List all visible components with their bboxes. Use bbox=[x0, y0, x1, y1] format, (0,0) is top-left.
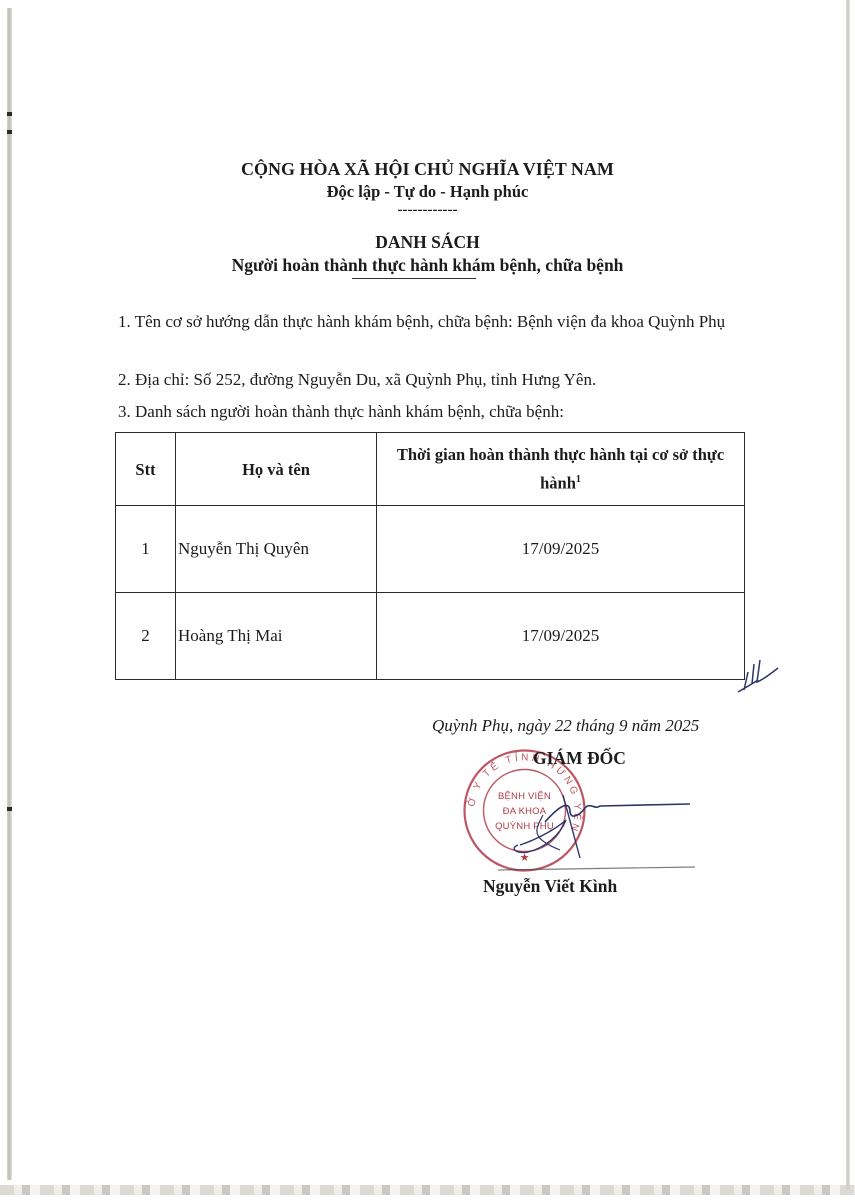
scan-mark bbox=[7, 112, 12, 116]
national-title: CỘNG HÒA XÃ HỘI CHỦ NGHĨA VIỆT NAM bbox=[0, 159, 855, 180]
cell-name: Nguyễn Thị Quyên bbox=[176, 506, 377, 593]
cell-date: 17/09/2025 bbox=[377, 506, 745, 593]
subtitle-underline bbox=[352, 278, 476, 279]
signer-name: Nguyễn Viết Kình bbox=[483, 876, 617, 897]
national-motto: Độc lập - Tự do - Hạnh phúc bbox=[0, 182, 855, 202]
completion-table: Stt Họ và tên Thời gian hoàn thành thực … bbox=[115, 432, 745, 680]
table-row: 1 Nguyễn Thị Quyên 17/09/2025 bbox=[116, 506, 745, 593]
stamp-line-1: BỆNH VIỆN bbox=[462, 791, 587, 802]
footnote-marker: 1 bbox=[576, 474, 581, 485]
place-and-date: Quỳnh Phụ, ngày 22 tháng 9 năm 2025 bbox=[432, 716, 699, 736]
item-facility-name: 1. Tên cơ sở hướng dẫn thực hành khám bệ… bbox=[118, 309, 738, 335]
table-row: 2 Hoàng Thị Mai 17/09/2025 bbox=[116, 593, 745, 680]
header-separator: ------------ bbox=[0, 202, 855, 219]
item-address: 2. Địa chỉ: Số 252, đường Nguyễn Du, xã … bbox=[118, 367, 738, 393]
cell-name: Hoàng Thị Mai bbox=[176, 593, 377, 680]
star-icon: ★ bbox=[520, 852, 530, 864]
scan-edge-bottom bbox=[0, 1185, 855, 1195]
cell-stt: 1 bbox=[116, 506, 176, 593]
cell-stt: 2 bbox=[116, 593, 176, 680]
header-completion-time: Thời gian hoàn thành thực hành tại cơ sở… bbox=[377, 433, 745, 506]
cell-date: 17/09/2025 bbox=[377, 593, 745, 680]
table-header-row: Stt Họ và tên Thời gian hoàn thành thực … bbox=[116, 433, 745, 506]
scan-mark bbox=[7, 130, 12, 134]
header-name: Họ và tên bbox=[176, 433, 377, 506]
document-subtitle: Người hoàn thành thực hành khám bệnh, ch… bbox=[0, 255, 855, 276]
document-title: DANH SÁCH bbox=[0, 232, 855, 253]
header-completion-time-text: Thời gian hoàn thành thực hành tại cơ sở… bbox=[397, 445, 724, 493]
item-list-intro: 3. Danh sách người hoàn thành thực hành … bbox=[118, 399, 738, 425]
signer-role: GIÁM ĐỐC bbox=[533, 748, 626, 769]
scan-mark bbox=[7, 807, 12, 811]
stamp-line-3: QUỲNH PHỤ bbox=[462, 821, 587, 832]
header-stt: Stt bbox=[116, 433, 176, 506]
stamp-line-2: ĐA KHOA bbox=[462, 806, 587, 817]
